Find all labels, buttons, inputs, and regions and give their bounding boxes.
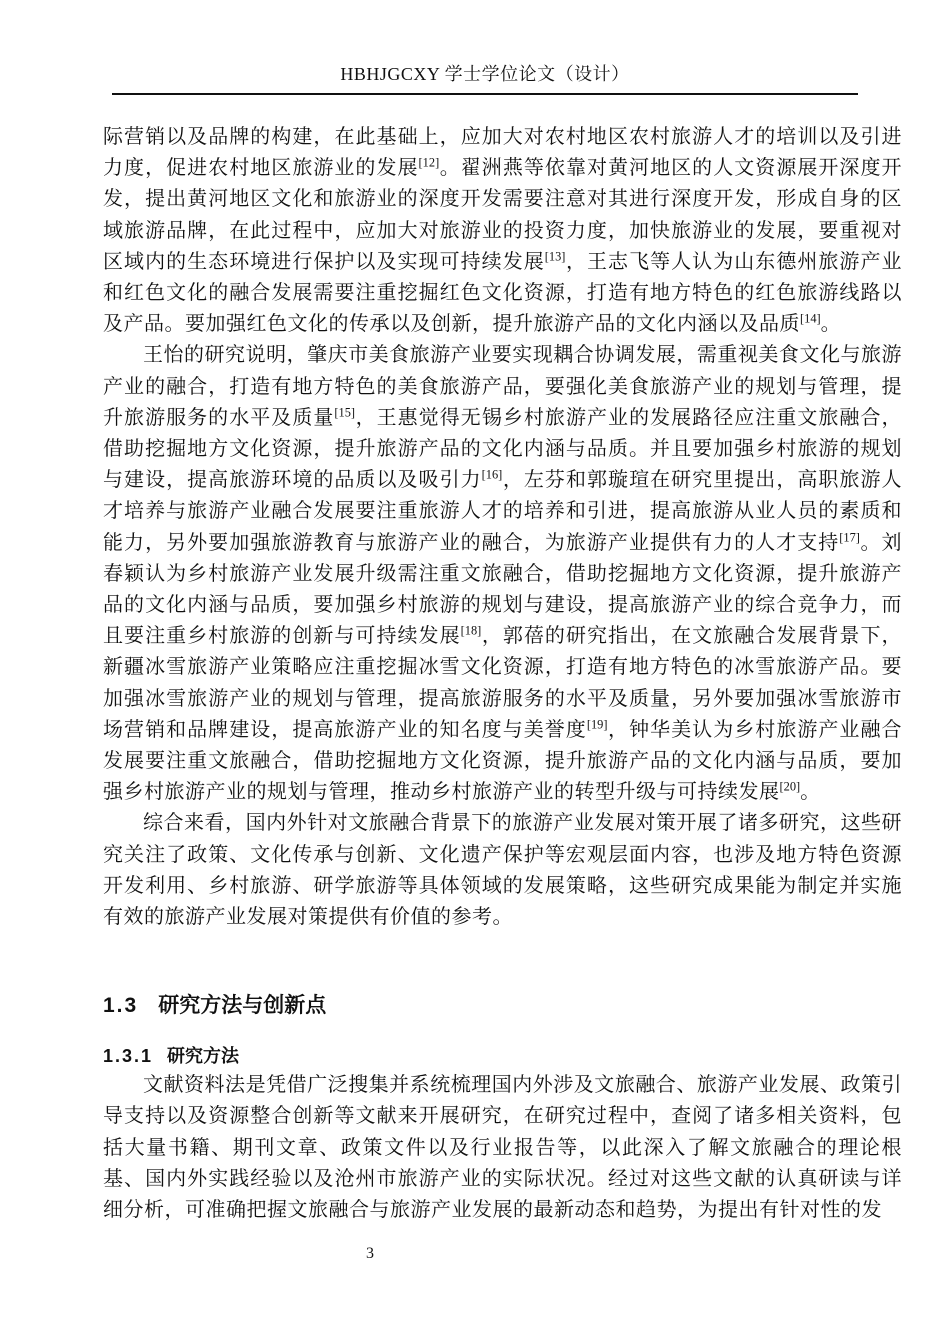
page-number: 3 bbox=[366, 1245, 374, 1263]
paragraph: 综合来看，国内外针对文旅融合背景下的旅游产业发展对策开展了诸多研究，这些研究关注… bbox=[103, 808, 902, 933]
header-title: HBHJGCXY 学士学位论文（设计） bbox=[112, 0, 858, 87]
paragraph: 王怡的研究说明，肇庆市美食旅游产业要实现耦合协调发展，需重视美食文化与旅游产业的… bbox=[103, 340, 902, 808]
citation-ref: [17] bbox=[839, 530, 860, 544]
text-run: 。 bbox=[821, 313, 842, 335]
citation-ref: [20] bbox=[780, 780, 801, 794]
paragraph: 际营销以及品牌的构建，在此基础上，应加大对农村地区农村旅游人才的培训以及引进力度… bbox=[103, 122, 902, 340]
heading-number: 1.3.1 bbox=[103, 1046, 153, 1066]
subsection-heading: 1.3.1研究方法 bbox=[103, 1042, 902, 1070]
page-header: HBHJGCXY 学士学位论文（设计） bbox=[112, 0, 858, 95]
citation-ref: [14] bbox=[800, 312, 821, 326]
document-body: 际营销以及品牌的构建，在此基础上，应加大对农村地区农村旅游人才的培训以及引进力度… bbox=[103, 95, 902, 1226]
citation-ref: [16] bbox=[482, 468, 503, 482]
text-run: 文献资料法是凭借广泛搜集并系统梳理国内外涉及文旅融合、旅游产业发展、政策引导支持… bbox=[103, 1074, 902, 1221]
citation-ref: [15] bbox=[334, 405, 355, 419]
citation-ref: [12] bbox=[419, 156, 440, 170]
paragraph: 文献资料法是凭借广泛搜集并系统梳理国内外涉及文旅融合、旅游产业发展、政策引导支持… bbox=[103, 1070, 902, 1226]
text-run: 。 bbox=[800, 781, 821, 803]
citation-ref: [19] bbox=[587, 717, 608, 731]
heading-number: 1.3 bbox=[103, 994, 138, 1017]
section-heading: 1.3研究方法与创新点 bbox=[103, 989, 902, 1022]
citation-ref: [18] bbox=[461, 624, 482, 638]
citation-ref: [13] bbox=[545, 249, 566, 263]
text-run: 综合来看，国内外针对文旅融合背景下的旅游产业发展对策开展了诸多研究，这些研究关注… bbox=[103, 812, 902, 928]
thesis-page: HBHJGCXY 学士学位论文（设计） 际营销以及品牌的构建，在此基础上，应加大… bbox=[0, 0, 950, 1344]
heading-title: 研究方法 bbox=[167, 1046, 239, 1066]
heading-title: 研究方法与创新点 bbox=[158, 994, 326, 1017]
